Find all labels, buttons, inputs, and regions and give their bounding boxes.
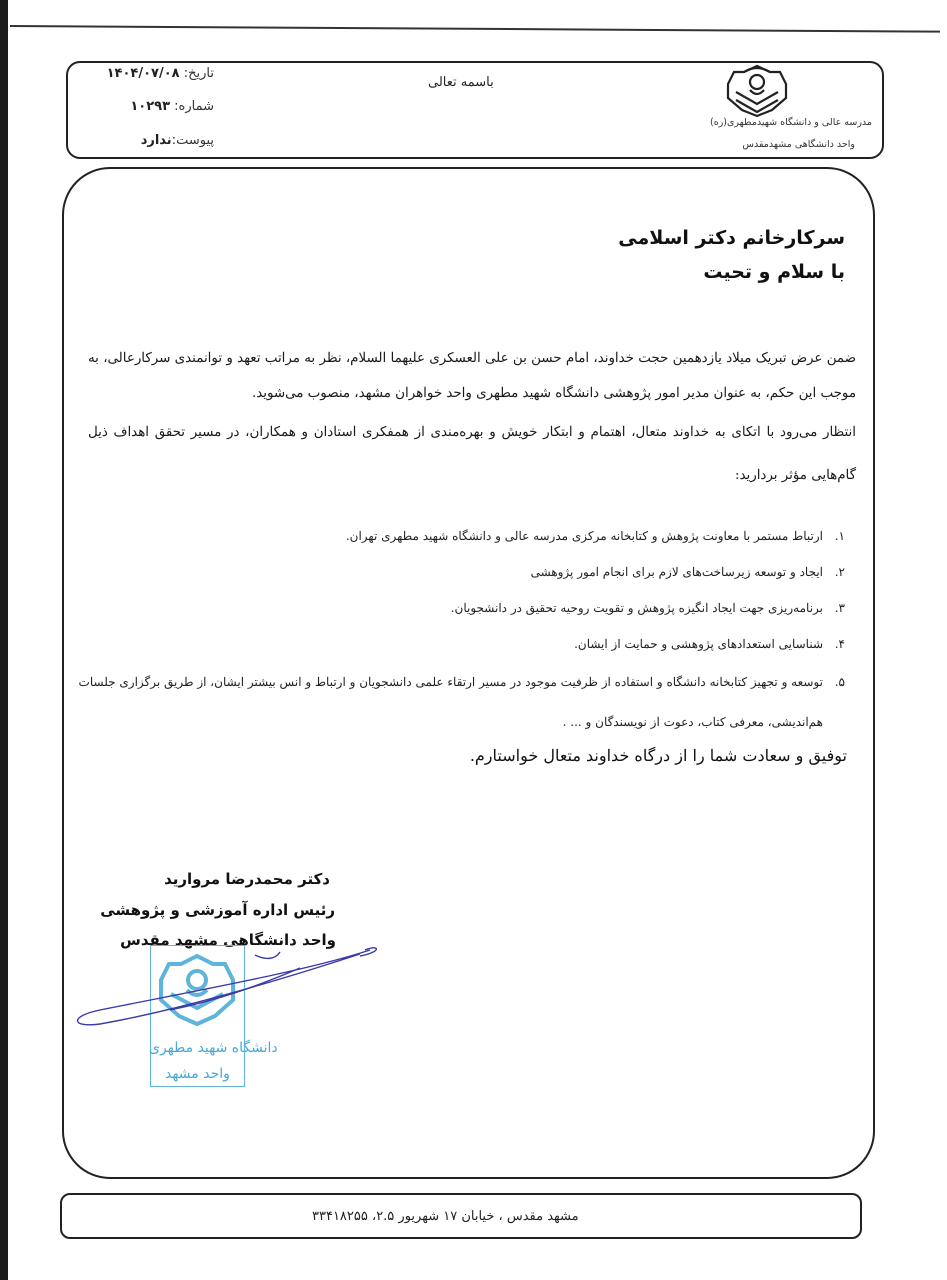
- list-item: ۱.ارتباط مستمر با معاونت پژوهش و کتابخان…: [75, 518, 845, 554]
- salutation: با سلام و تحیت: [703, 261, 845, 283]
- list-item-number: ۳.: [835, 590, 845, 626]
- closing-line: توفیق و سعادت شما را از درگاه خداوند متع…: [470, 746, 847, 765]
- list-item-text: برنامه‌ریزی جهت ایجاد انگیزه پژوهش و تقو…: [451, 601, 823, 615]
- list-item: ۲.ایجاد و توسعه زیرساخت‌های لازم برای ان…: [75, 554, 845, 590]
- list-item-text: توسعه و تجهیز کتابخانه دانشگاه و استفاده…: [79, 675, 823, 729]
- stamp-text-branch: واحد مشهد: [165, 1066, 230, 1082]
- date-value: ۱۴۰۴/۰۷/۰۸: [107, 66, 180, 81]
- list-item-text: ایجاد و توسعه زیرساخت‌های لازم برای انجا…: [531, 565, 823, 579]
- top-rule: [10, 25, 940, 33]
- signatory-title: رئیس اداره آموزشی و پژوهشی: [100, 901, 335, 919]
- list-item: ۳.برنامه‌ریزی جهت ایجاد انگیزه پژوهش و ت…: [75, 590, 845, 626]
- signatory-name: دکتر محمدرضا مروارید: [164, 870, 330, 888]
- list-item-number: ۱.: [835, 518, 845, 554]
- list-item: ۴.شناسایی استعدادهای پژوهشی و حمایت از ا…: [75, 626, 845, 662]
- number-label: شماره:: [174, 99, 214, 114]
- university-name: مدرسه عالی و دانشگاه شهیدمطهری(ره): [710, 117, 872, 128]
- list-item-text: ارتباط مستمر با معاونت پژوهش و کتابخانه …: [346, 529, 823, 543]
- paragraph-expectations: انتظار می‌رود با اتکای به خداوند متعال، …: [88, 411, 856, 497]
- list-item-number: ۴.: [835, 626, 845, 662]
- university-emblem-icon: [722, 62, 792, 118]
- handwritten-signature: [60, 930, 390, 1030]
- list-item-number: ۵.: [835, 662, 845, 702]
- recipient: سرکارخانم دکتر اسلامی: [618, 227, 845, 249]
- letter-paragraphs: ضمن عرض تبریک میلاد یازدهمین حجت خداوند،…: [88, 341, 856, 497]
- letter-attachment: پیوست:ندارد: [141, 133, 214, 148]
- paragraph-appointment: ضمن عرض تبریک میلاد یازدهمین حجت خداوند،…: [88, 341, 856, 411]
- number-value: ۱۰۲۹۳: [130, 99, 170, 114]
- university-branch: واحد دانشگاهی مشهدمقدس: [742, 139, 855, 150]
- scan-edge: [0, 0, 8, 1280]
- footer-address: مشهد مقدس ، خیابان ۱۷ شهریور ۲.۵، ۳۳۴۱۸۲…: [312, 1209, 579, 1224]
- date-label: تاریخ:: [184, 66, 214, 81]
- goals-list: ۱.ارتباط مستمر با معاونت پژوهش و کتابخان…: [75, 518, 845, 742]
- list-item-text: شناسایی استعدادهای پژوهشی و حمایت از ایش…: [574, 637, 823, 651]
- list-item-number: ۲.: [835, 554, 845, 590]
- letter-date: تاریخ: ۱۴۰۴/۰۷/۰۸: [107, 66, 214, 81]
- list-item: ۵.توسعه و تجهیز کتابخانه دانشگاه و استفا…: [75, 662, 845, 742]
- attachment-label: پیوست:: [172, 133, 214, 148]
- letter-number: شماره: ۱۰۲۹۳: [130, 99, 214, 114]
- bismillah-heading: باسمه تعالی: [428, 75, 494, 90]
- stamp-text-university: دانشگاه شهید مطهری: [149, 1040, 278, 1056]
- attachment-value: ندارد: [141, 133, 172, 148]
